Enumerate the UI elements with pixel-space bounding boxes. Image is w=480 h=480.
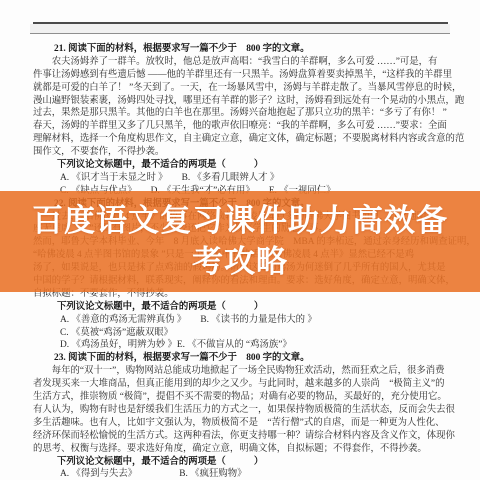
text-line: 经济环保而轻松愉悦的生活方式。这两种看法，你更支持哪一种？请综合材料内容及含义作… (33, 430, 462, 443)
text-line: 下列议论文标题中，最不适合的两项是（ ） (33, 301, 462, 314)
text-line: 生活方式，推崇物质 “极简”，提倡不买不需要的物品；对确有必要的物品，买最好的，… (33, 391, 462, 404)
header-rule-thick (33, 22, 448, 24)
text-line: 者发现买来一大堆商品，但真正能用到的却少之又少。与此同时，越来越多的人崇尚 “极… (33, 378, 462, 391)
question-21-block: 21. 阅读下面的材料，根据要求写一篇不少于 800 字的文章。 农夫汤姆养了一… (33, 43, 462, 198)
text-line: C. 《莫被“鸡汤”遮蔽双眼》 (33, 327, 462, 340)
promo-banner-title-line1: 百度语文复习课件助力高效备 (0, 200, 480, 241)
text-line: 过去，果然是那只黑羊。其他的白羊也在那里。汤姆兴奋地抱起了那只立功的黑羊：“多亏… (33, 107, 462, 120)
promo-banner-overlay: 百度语文复习课件助力高效备 考攻略 (0, 191, 480, 292)
text-line: 21. 阅读下面的材料，根据要求写一篇不少于 800 字的文章。 (33, 43, 462, 56)
text-line: 漫山遍野银装素裹，汤姆四处寻找，哪里还有羊群的影子？这时，汤姆看到远处有一个晃动… (33, 95, 462, 108)
header-rule-band (30, 24, 450, 33)
text-line: D. 《鸡汤虽好，明辨为妙 》E. 《不做盲从的 “鸡汤族”》 (33, 339, 462, 352)
text-line: A. 《识才当于未显之时 》 B. 《多看几眼辨人才 》 (33, 172, 462, 185)
text-line: A. 《善意的鸡汤无需辨真伪 》 B. 《读书的力量是伟大的 》 (33, 314, 462, 327)
text-line: 下列议论文标题中，最不适合的两项是（ ） (33, 456, 462, 469)
promo-banner-title-line2: 考攻略 (0, 241, 480, 282)
text-line: 农夫汤姆养了一群羊。放牧时，他总是放声高唱：“我雪白的羊群啊，多么可爱 ……”可… (33, 56, 462, 69)
text-line: 的思考、权衡与选择。要求选好角度，确定立意，明确文体，自拟标题；不得套作，不得抄… (33, 443, 462, 456)
header-rule-thin (30, 33, 450, 34)
text-line: 就都是可爱的白羊了！ ”冬天到了。一天，在一场暴风雪中，汤姆与羊群走散了。当暴风… (33, 82, 462, 95)
text-line: 围作文，不要套作，不得抄袭。 (33, 146, 462, 159)
question-23-block: 23. 阅读下面的材料，根据要求写一篇不少于 800 字的文章。 每年的“双十一… (33, 352, 462, 480)
text-line: 下列议论文标题中，最不适合的两项是（ ） (33, 159, 462, 172)
text-line: 件事让汤姆感到有些遗后憾 ——他的羊群里还有一只黑羊。汤姆盘算着要卖掉黑羊，“这… (33, 69, 462, 82)
text-line: 每年的“双十一”，购物网站总能成功地掀起了一场全民购物狂欢活动，然而狂欢之后，很… (33, 365, 462, 378)
text-line: 多生活趣味。也有人，比如宇文强认为，物质极简不是 “苦行僧”式的自虐，而是一种更… (33, 417, 462, 430)
text-line: 23. 阅读下面的材料，根据要求写一篇不少于 800 字的文章。 (33, 352, 462, 365)
document-page: 21. 阅读下面的材料，根据要求写一篇不少于 800 字的文章。 农夫汤姆养了一… (0, 0, 480, 480)
text-line: A. 《得到与失去》 B. 《疯狂购物》 (33, 468, 462, 480)
text-line: 春天，汤姆的羊群里又多了几只黑羊，他的歌声依旧嘹亮：“我的羊群啊，多么可爱 ……… (33, 120, 462, 133)
text-line: 理解材料，选择一个角度构思作文，自主确定立意，确定文体，确定标题；不要脱离材料内… (33, 133, 462, 146)
text-line: 有人认为，购物有时也是舒缓我们生活压力的方式之一，如果保持物质极简的生活状态，反… (33, 404, 462, 417)
